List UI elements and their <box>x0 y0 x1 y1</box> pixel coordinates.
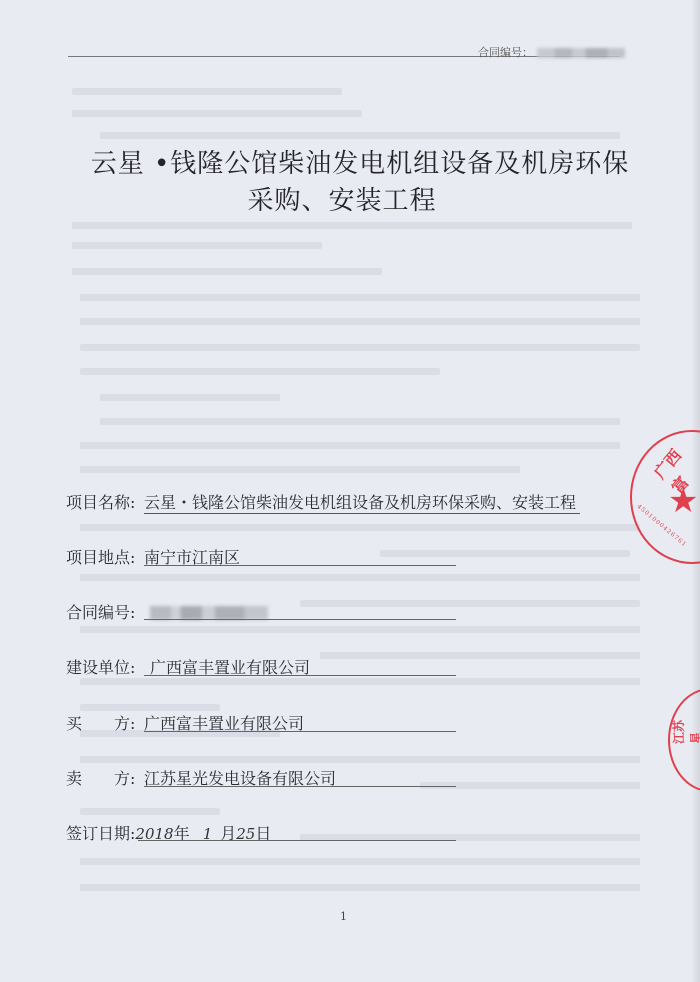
redacted-contract-number <box>150 606 268 620</box>
field-seller: 卖 方: 江苏星光发电设备有限公司 <box>66 766 135 789</box>
project-name-label: 项目名称: <box>66 490 135 513</box>
buyer-label: 买 方: <box>66 711 135 734</box>
document-title-line-1: 云星 •钱隆公馆柴油发电机组设备及机房环保 <box>10 143 700 180</box>
field-contract-number: 合同编号: <box>66 600 135 623</box>
field-buyer: 买 方: 广西富丰置业有限公司 <box>66 711 135 734</box>
page-number: 1 <box>340 910 347 923</box>
underline <box>138 840 456 841</box>
underline <box>144 786 456 787</box>
field-construction-unit: 建设单位: 广西富丰置业有限公司 <box>66 655 135 678</box>
project-name-value: 云星・钱隆公馆柴油发电机组设备及机房环保采购、安装工程 <box>144 490 580 514</box>
seal-text: 江苏星 <box>670 718 700 744</box>
construction-unit-label: 建设单位: <box>66 655 135 678</box>
seller-label: 卖 方: <box>66 766 135 789</box>
sign-date-label: 签订日期: <box>66 821 135 844</box>
document-title-line-2: 采购、安装工程 <box>0 180 692 217</box>
project-location-label: 项目地点: <box>66 545 135 568</box>
field-project-location: 项目地点: 南宁市江南区 <box>66 545 135 568</box>
underline <box>144 731 456 732</box>
header-contract-number: 合同编号： <box>478 44 625 60</box>
star-icon: ★ <box>668 484 698 518</box>
underline <box>144 565 456 566</box>
redacted-contract-number <box>537 48 625 58</box>
contract-number-label: 合同编号: <box>66 600 135 623</box>
underline <box>144 675 456 676</box>
field-project-name: 项目名称: 云星・钱隆公馆柴油发电机组设备及机房环保采购、安装工程 <box>66 490 135 513</box>
underline <box>144 619 456 620</box>
contract-cover-page: 合同编号： 云星 •钱隆公馆柴油发电机组设备及机房环保 采购、安装工 <box>0 0 700 982</box>
header-contract-label: 合同编号： <box>478 46 533 59</box>
